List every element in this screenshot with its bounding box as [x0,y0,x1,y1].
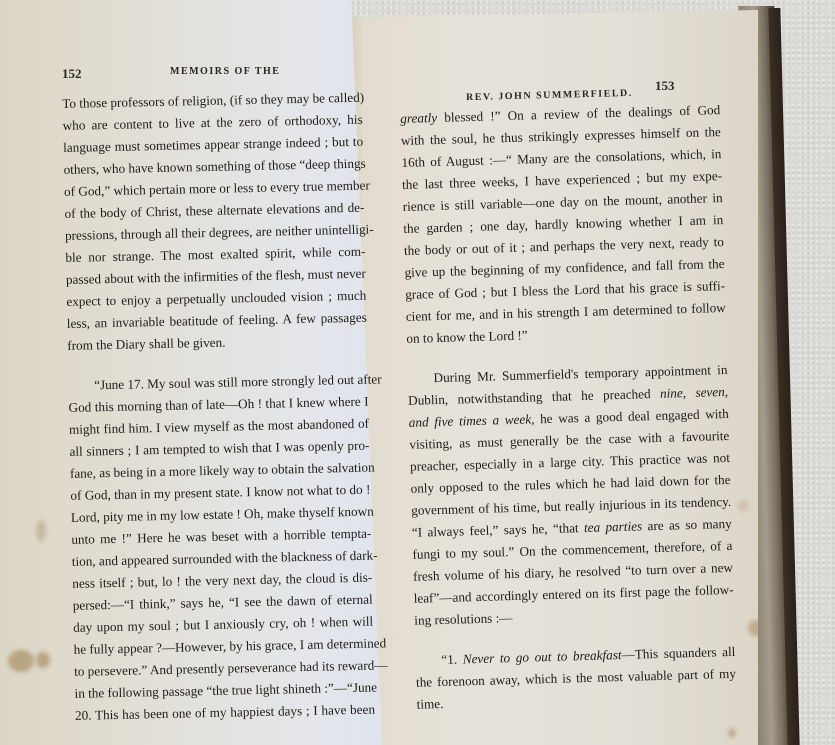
text-span: Dublin, notwithstanding that he preached [408,386,660,408]
right-paragraph-1: greatly blessed !” On a review of the de… [400,99,727,350]
left-paragraph-2: “June 17. My soul was still more strongl… [68,369,375,727]
running-head-left: MEMOIRS OF THE [170,66,280,77]
right-page-text: greatly blessed !” On a review of the de… [400,99,737,716]
text-span: he was a good deal engaged with [534,406,729,426]
text-span: “I always feel,” says he, “that [412,520,585,540]
italic-text: nine, seven, [660,384,728,401]
left-paragraph-1: To those professors of religion, (if so … [62,87,367,357]
resolution-1: “1. Never to go out to breakfast—This sq… [415,641,737,716]
text-span: are as so many [642,516,732,533]
page-number-right: 153 [655,78,675,94]
text-span: —This squanders all [621,644,735,662]
page-number-left: 152 [62,66,82,82]
foxing-stain [36,652,50,668]
left-page-text: To those professors of religion, (if so … [62,87,375,727]
foxing-stain [728,728,736,738]
italic-text: Never to go out to breakfast [463,647,622,666]
foxing-stain [738,500,748,512]
italic-text: and five times a week, [409,411,535,430]
foxing-stain [8,650,34,672]
italic-text: tea parties [584,518,643,535]
italic-text: greatly [400,110,437,126]
right-paragraph-2: During Mr. Summerfield's temporary appoi… [407,359,734,632]
text-span: “1. [441,651,463,667]
foxing-stain [36,520,46,542]
